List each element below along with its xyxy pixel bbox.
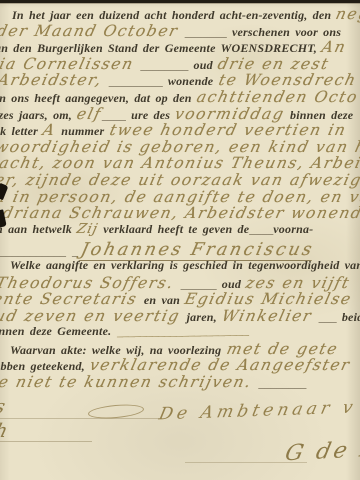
document-page: { "document": { "kind": "civil-registry-… — [0, 0, 360, 480]
handwritten-text: lacht, zoon van Antonius Theuns, Arbeide… — [0, 154, 360, 172]
printed-text: In het jaar een duizend acht honderd ach… — [12, 8, 336, 22]
official-signature: G de F — [283, 437, 360, 467]
printed-text: oud — [188, 58, 218, 72]
document-line: n in persoon, de aangifte te doen, en va… — [0, 188, 360, 205]
printed-text: jaren, — [187, 310, 222, 324]
document-line: ___________ _ Johannes Franciscus — [0, 240, 360, 257]
printed-text: binnen deze — [285, 108, 353, 122]
handwritten-text: Winkelier — [220, 307, 321, 325]
document-line: innen deze Gemeente. ___________________… — [0, 323, 360, 340]
document-line: Arbeidster, _________ wonende te Woensdr… — [0, 71, 360, 88]
handwritten-text: achttienden Octo — [195, 88, 360, 106]
document-line: Theodorus Soffers. ______ oud zes en vij… — [0, 274, 360, 291]
printed-text: an den Burgerlijken Stand der Gemeente W… — [0, 41, 322, 55]
handwritten-text: Adriana Schrauwen, Arbeidster wonend — [0, 204, 360, 222]
handwritten-text: n in persoon, de aangifte te doen, en va… — [0, 188, 360, 206]
printed-text: beid — [337, 310, 360, 324]
document-line: te niet te kunnen schrijven. ________ — [0, 373, 360, 390]
handwritten-text: Arbeidster, — [0, 71, 111, 89]
handwritten-text: voormiddag — [173, 105, 287, 123]
witness-partial-signature-1: s — [0, 396, 8, 418]
document-line: n aan hetwelk Zij verklaard heeft te gev… — [0, 221, 360, 238]
handwritten-text: ud zeven en veertig — [0, 307, 189, 325]
document-line: In het jaar een duizend acht honderd ach… — [12, 5, 360, 22]
handwritten-text: ente Secretaris — [0, 290, 146, 308]
document-line: ente Secretaris en van Egidius Michielse — [0, 290, 360, 307]
handwritten-text: te niet te kunnen schrijven. — [0, 373, 260, 391]
handwritten-name: Johannes Franciscus — [79, 240, 317, 261]
printed-text: Waarvan akte: welke wij, na voorlezing — [10, 343, 227, 357]
document-line: ud zeven en veertig jaren, Winkelier ___… — [0, 307, 360, 324]
document-line: woordigheid is geboren, een kind van het… — [0, 138, 360, 155]
document-line: Adriana Schrauwen, Arbeidster wonend — [0, 204, 360, 221]
handwritten-text: Theodorus Soffers. — [0, 274, 183, 292]
blank-rule: ______ — [181, 277, 217, 291]
handwritten-text: Zij — [75, 221, 100, 237]
printed-text: en van — [144, 293, 185, 307]
blank-rule: _______ — [185, 25, 227, 39]
printed-text: wonende — [163, 74, 219, 88]
official-title-handwritten: De Ambtenaar v — [157, 398, 358, 425]
handwritten-text: An — [320, 38, 349, 56]
printed-text: oud — [217, 277, 247, 291]
printed-text: innen deze Gemeente. — [0, 324, 117, 338]
signature-baseline — [0, 441, 92, 442]
document-line: an ons heeft aangegeven, dat op den acht… — [0, 88, 360, 105]
printed-text: ebben geteekend, — [0, 359, 90, 373]
document-line: ebben geteekend, verklarende de Aangeefs… — [0, 356, 360, 373]
signature-area: s h De Ambtenaar v G de F — [0, 395, 360, 480]
printed-text: an ons heeft aangegeven, dat op den — [0, 91, 197, 105]
blank-rule: ________ — [258, 376, 306, 390]
blank-rule: ____ — [249, 222, 273, 236]
document-line: Waarvan akte: welke wij, na voorlezing m… — [10, 340, 360, 357]
handwritten-text: Egidius Michielse — [183, 290, 354, 308]
handwritten-text: negen — [334, 5, 360, 23]
document-line: lacht, zoon van Antonius Theuns, Arbeide… — [0, 154, 360, 171]
document-line: an den Burgerlijken Stand der Gemeente W… — [0, 38, 360, 55]
handwritten-text: verklarende de Aangeefster — [88, 356, 352, 374]
printed-text: ezes jaars, om, — [0, 108, 77, 122]
blank-rule: ___ — [319, 310, 337, 324]
blank-rule: ____ — [102, 108, 126, 122]
printed-text: n aan hetwelk — [0, 222, 77, 236]
printed-text: nummer — [56, 124, 110, 138]
document-lines: In het jaar een duizend acht honderd ach… — [0, 5, 360, 390]
printed-text: verschenen voor ons — [227, 25, 347, 39]
printed-text: ijk letter — [0, 124, 43, 138]
page-top-border — [0, 0, 360, 3]
handwritten-text: der Maand October — [0, 22, 187, 40]
blank-rule: _________ — [109, 74, 163, 88]
handwritten-text: zes en vijft — [244, 274, 352, 292]
witness-partial-signature-2: h — [0, 420, 10, 442]
handwritten-text: te Woensdrech — [216, 71, 358, 89]
handwritten-text: elf — [75, 105, 104, 123]
printed-text: ure des — [126, 108, 175, 122]
document-line: der Maand October _______ verschenen voo… — [0, 22, 360, 39]
printed-text: voorna- — [273, 222, 313, 236]
blank-rule: ________ — [140, 58, 188, 72]
document-line: lia Cornelissen ________ oud drie en zes… — [0, 55, 360, 72]
signature-baseline — [0, 418, 162, 419]
document-line: ezes jaars, om, elf____ ure des voormidd… — [0, 105, 360, 122]
printed-text: verklaard heeft te geven de — [98, 222, 249, 236]
handwritten-text: er, zijnde deze uit oorzaak van afwezigh… — [0, 171, 360, 189]
document-line: ijk letter A nummer twee honderd veertie… — [0, 121, 360, 138]
document-line: er, zijnde deze uit oorzaak van afwezigh… — [0, 171, 360, 188]
handwritten-text: twee honderd veertien in — [108, 121, 349, 139]
handwritten-rule: ______________________ — [116, 324, 248, 340]
